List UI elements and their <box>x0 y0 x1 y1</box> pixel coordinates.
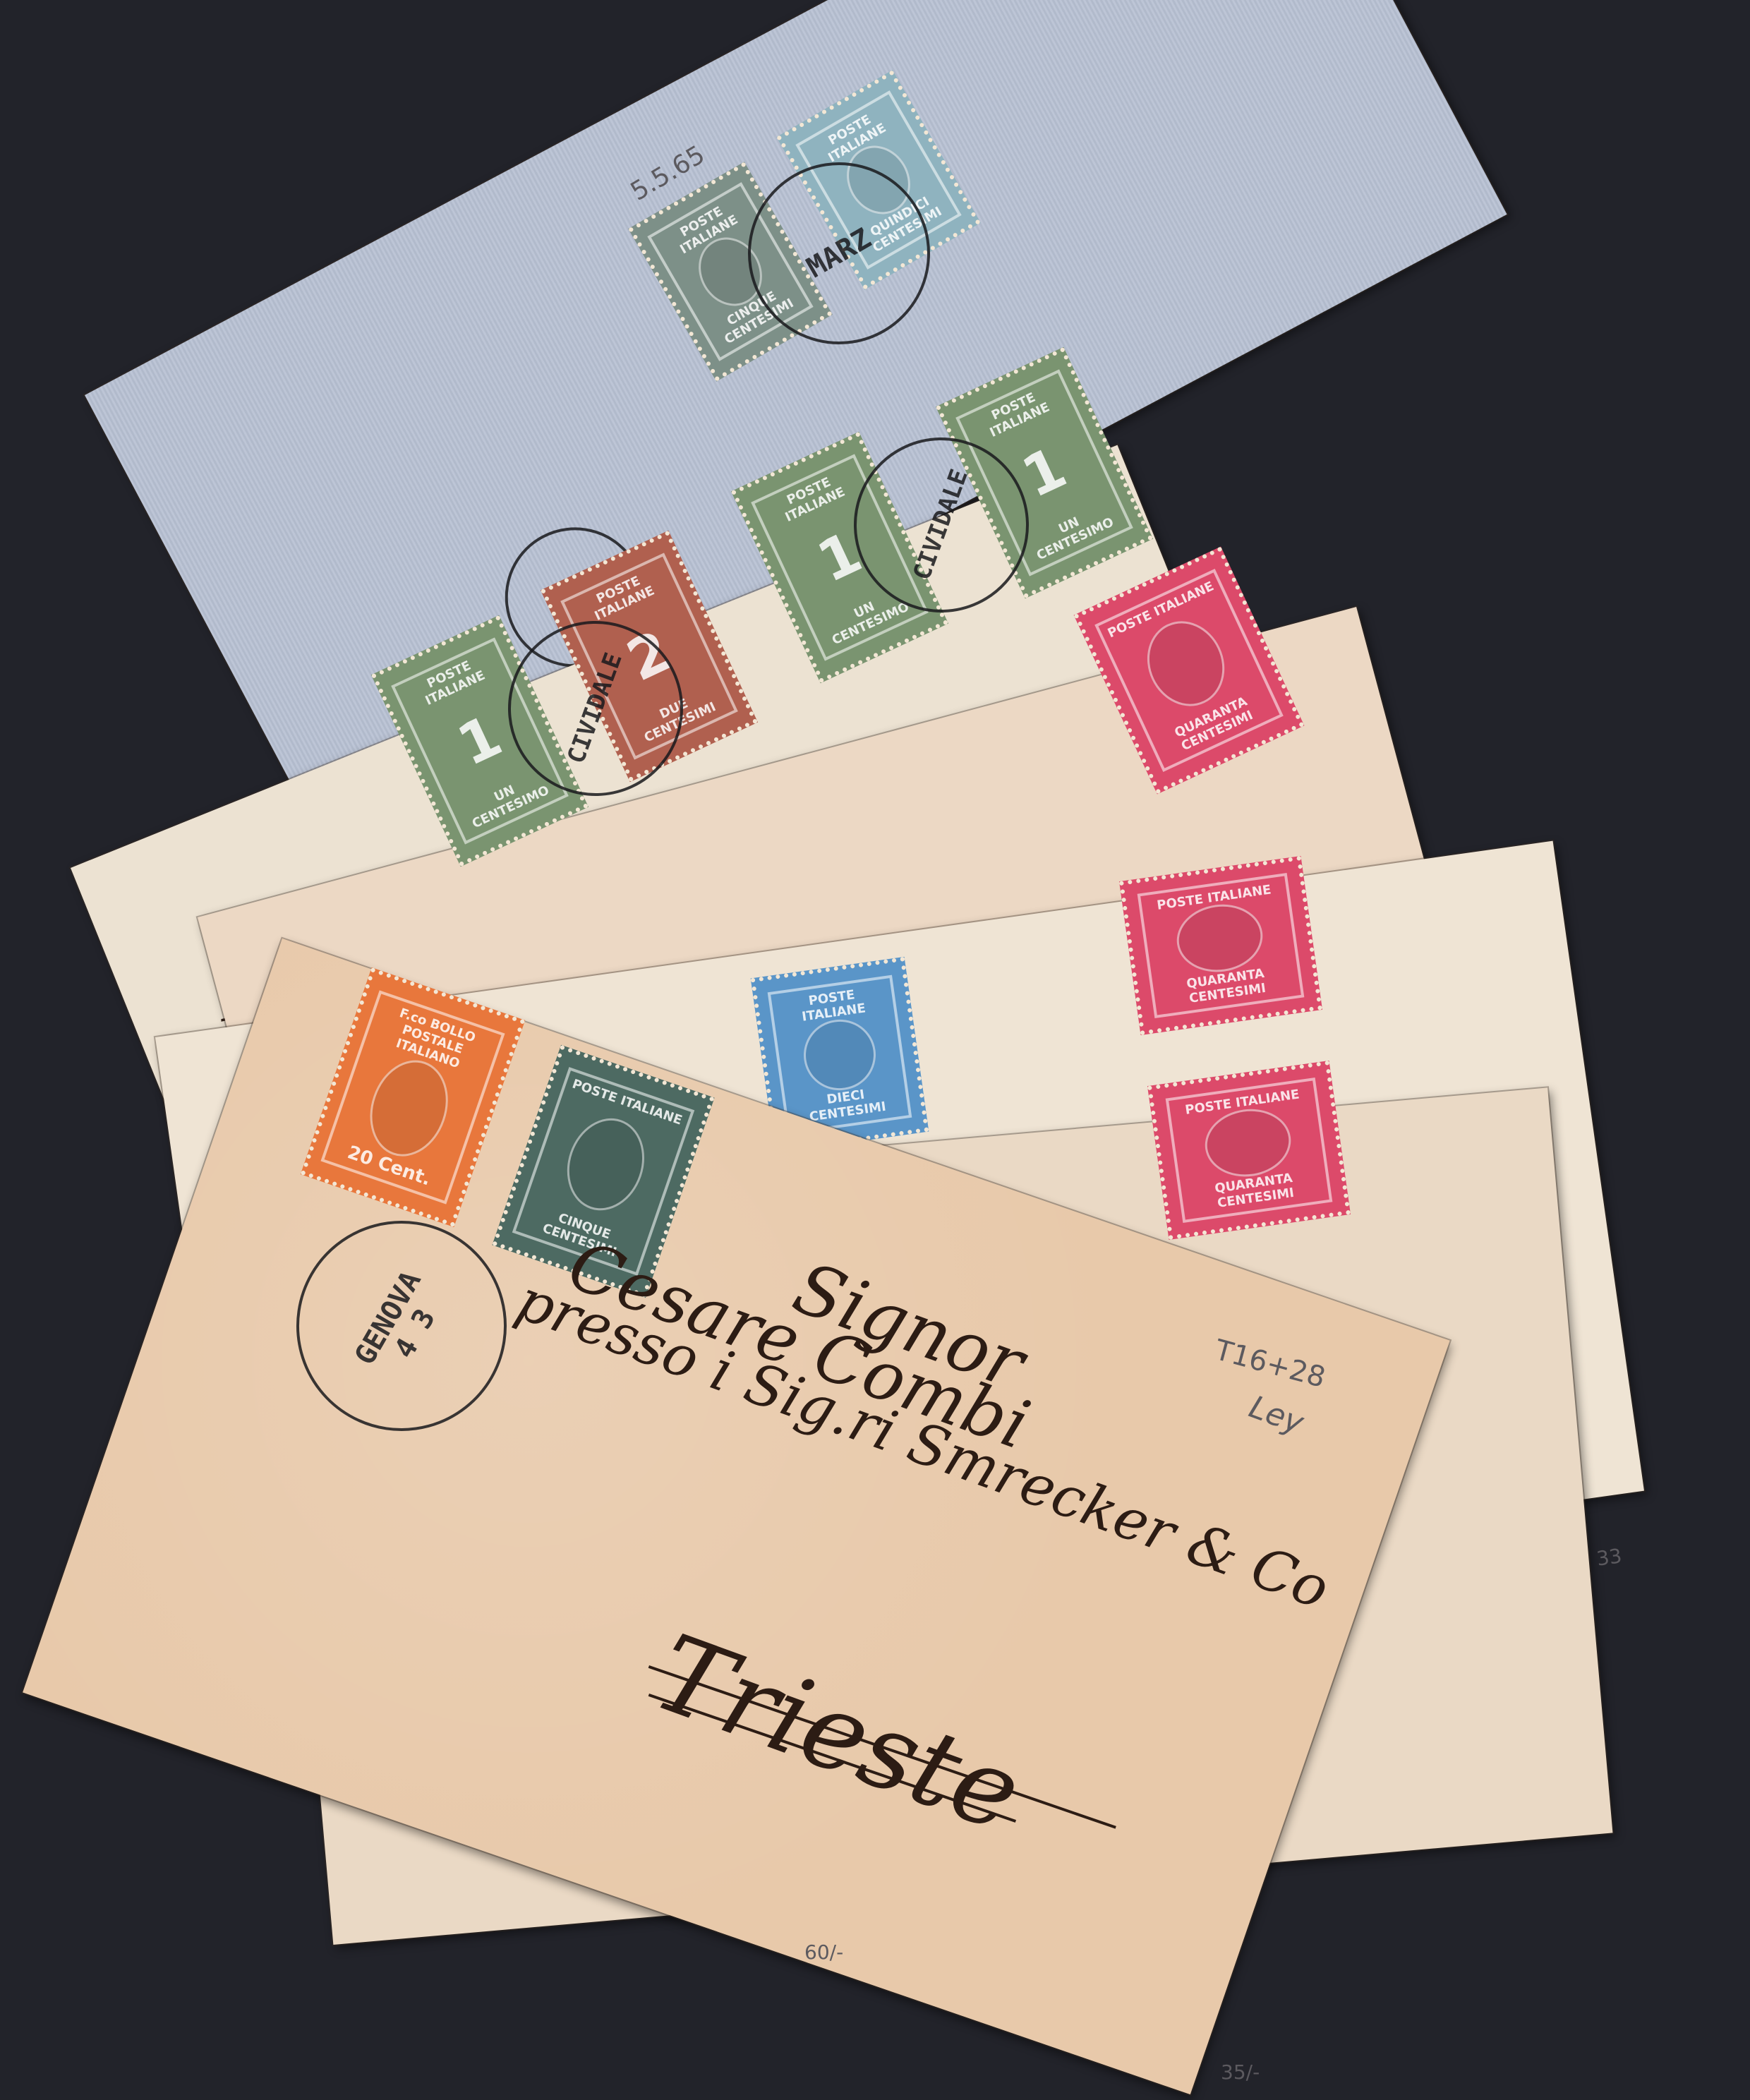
pencil-number-note: 33 <box>1595 1544 1623 1571</box>
stamp-quaranta-centesimi-1: POSTE ITALIANEQUARANTA CENTESIMI <box>1119 856 1322 1035</box>
pencil-price-note-35: 35/- <box>1221 2060 1260 2084</box>
stamp-quaranta-centesimi-2: POSTE ITALIANEQUARANTA CENTESIMI <box>1147 1061 1351 1240</box>
pencil-price-note-60: 60/- <box>804 1941 843 1964</box>
covers-scene: 5.5.65 MAR No 583 29 GIU 71 Conte 33 POS… <box>0 0 1750 2100</box>
